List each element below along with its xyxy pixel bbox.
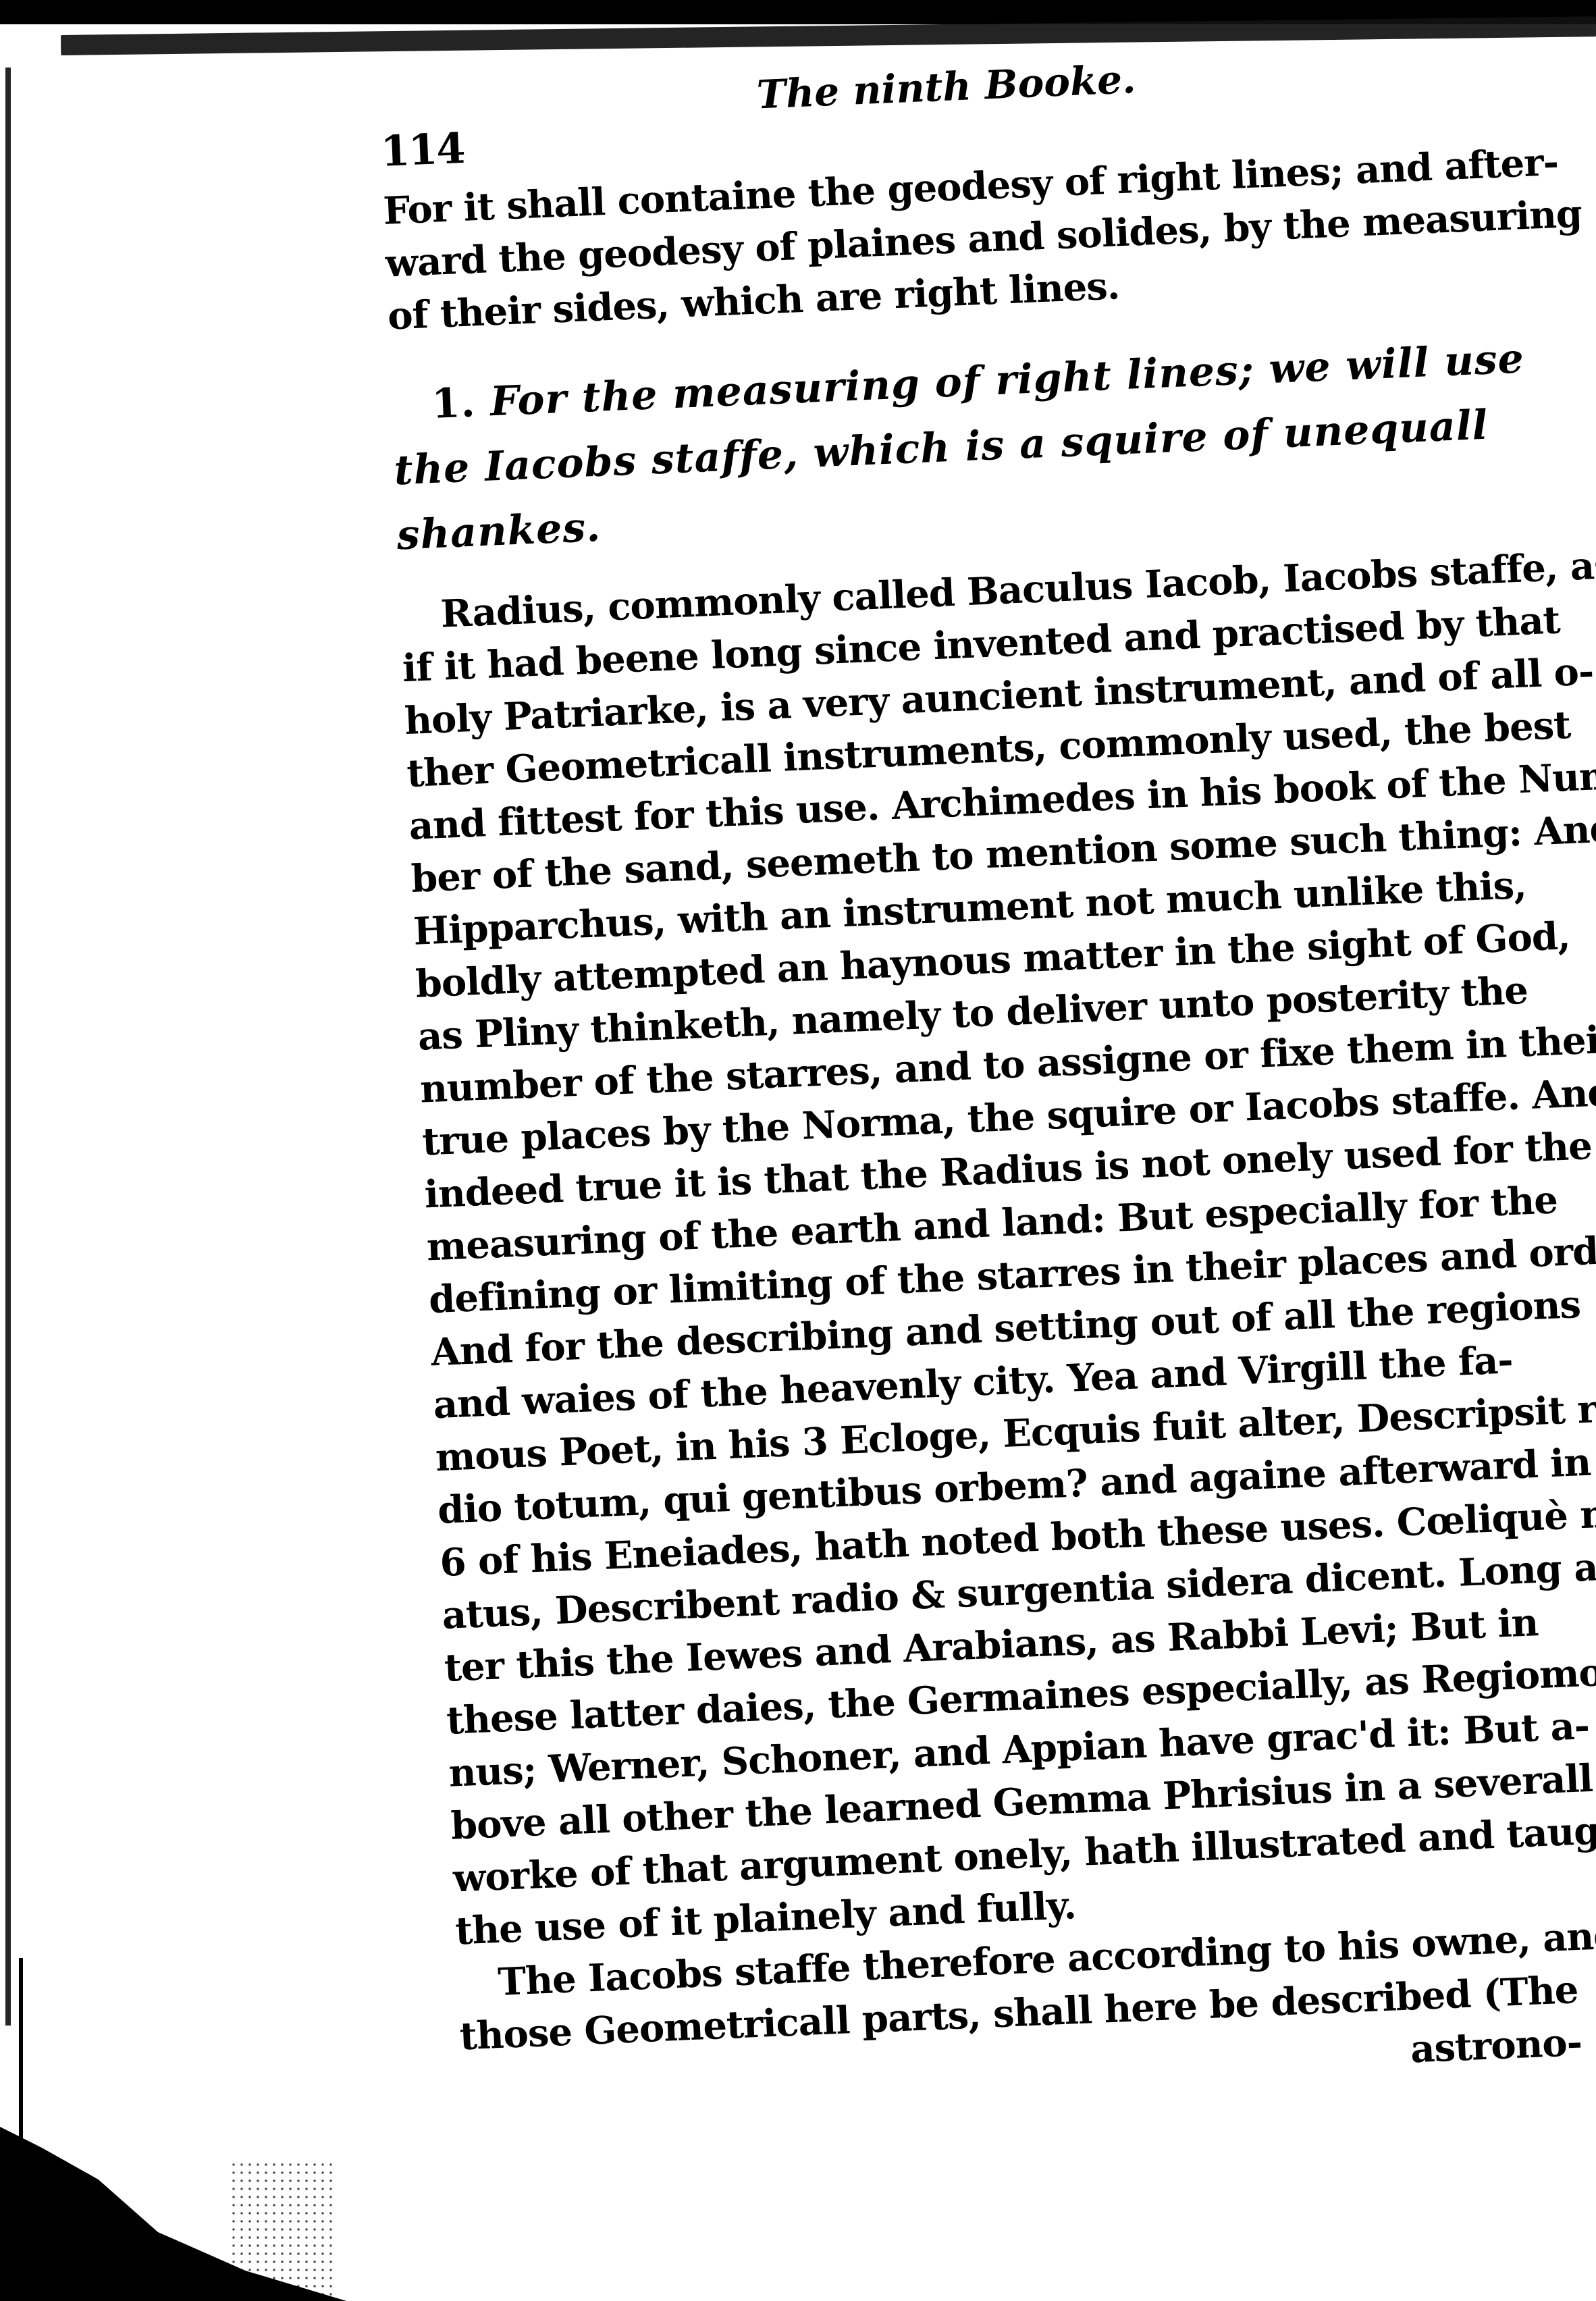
page-number: 114: [379, 124, 464, 176]
running-title: The ninth Booke.: [756, 56, 1137, 117]
running-head: 114 The ninth Booke.: [378, 41, 1500, 148]
proposition-heading: 1. For the measuring of right lines; we …: [390, 327, 1518, 568]
scan-speckle: [230, 2161, 338, 2296]
intro-paragraph: For it shall containe the geodesy of rig…: [382, 138, 1508, 342]
proposition-number: 1.: [431, 379, 477, 428]
body-paragraph: Radius, commonly called Baculus Iacob, I…: [399, 543, 1576, 1958]
page-edge-left: [5, 68, 11, 2026]
book-page: 114 The ninth Booke. For it shall contai…: [378, 41, 1582, 2115]
